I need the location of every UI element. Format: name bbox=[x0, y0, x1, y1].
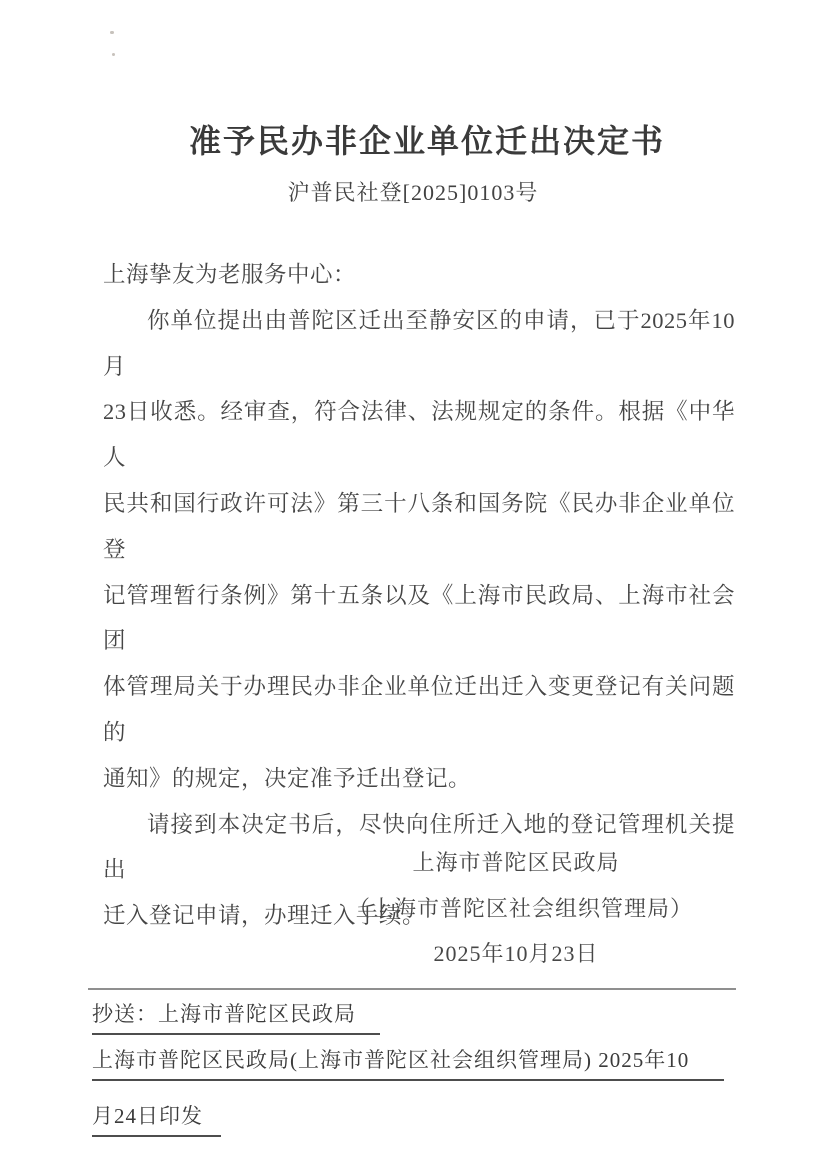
issuing-agency-alias: （上海市普陀区社会组织管理局） bbox=[348, 886, 684, 932]
document-title: 准予民办非企业单位迁出决定书 bbox=[0, 116, 826, 162]
imprint-text-2: 月24日印发 bbox=[92, 1100, 221, 1137]
footer-divider bbox=[88, 988, 736, 990]
paragraph1-line: 通知》的规定，决定准予迁出登记。 bbox=[103, 756, 735, 802]
paragraph1-line: 23日收悉。经审查，符合法律、法规规定的条件。根据《中华人 bbox=[103, 389, 735, 481]
signature-block: 上海市普陀区民政局 （上海市普陀区社会组织管理局） 2025年10月23日 bbox=[348, 840, 684, 977]
cc-text: 抄送：上海市普陀区民政局 bbox=[92, 998, 380, 1035]
scan-speck bbox=[112, 53, 115, 56]
document-body: 上海挚友为老服务中心： 你单位提出由普陀区迁出至静安区的申请，已于2025年10… bbox=[103, 252, 735, 939]
scan-speck bbox=[110, 31, 114, 34]
paragraph1-line: 体管理局关于办理民办非企业单位迁出迁入变更登记有关问题的 bbox=[103, 664, 735, 756]
paragraph1-line: 民共和国行政许可法》第三十八条和国务院《民办非企业单位登 bbox=[103, 481, 735, 573]
salutation: 上海挚友为老服务中心： bbox=[103, 252, 735, 298]
imprint-text-1: 上海市普陀区民政局(上海市普陀区社会组织管理局) 2025年10 bbox=[92, 1044, 724, 1081]
footer-imprint-line-2: 月24日印发 bbox=[92, 1100, 724, 1137]
paragraph1-line: 记管理暂行条例》第十五条以及《上海市民政局、上海市社会团 bbox=[103, 573, 735, 665]
scanned-document-page: 准予民办非企业单位迁出决定书 沪普民社登[2025]0103号 上海挚友为老服务… bbox=[0, 0, 826, 1168]
footer-imprint-line-1: 上海市普陀区民政局(上海市普陀区社会组织管理局) 2025年10 bbox=[92, 1044, 724, 1081]
footer-cc-line: 抄送：上海市普陀区民政局 bbox=[92, 998, 724, 1035]
paragraph1-line: 你单位提出由普陀区迁出至静安区的申请，已于2025年10月 bbox=[103, 298, 735, 390]
decision-date: 2025年10月23日 bbox=[348, 931, 684, 977]
issuing-agency: 上海市普陀区民政局 bbox=[348, 840, 684, 886]
document-number: 沪普民社登[2025]0103号 bbox=[0, 176, 826, 207]
